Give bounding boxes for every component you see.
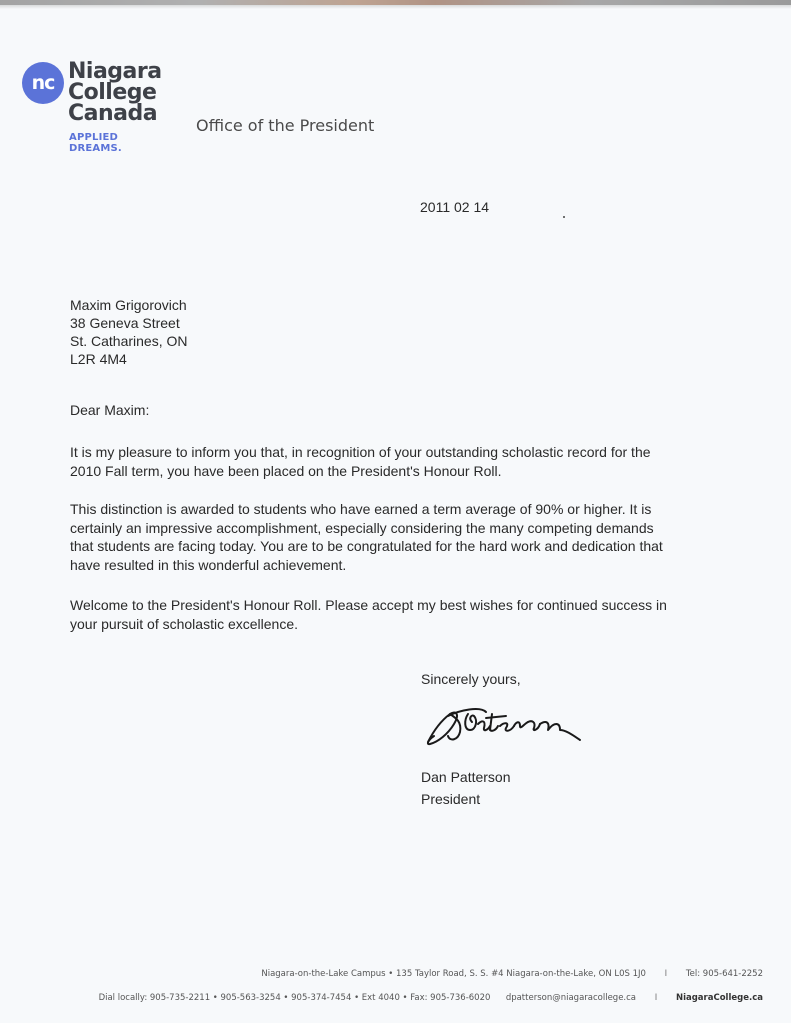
nc-logo-icon: nc — [22, 62, 64, 104]
footer-separator: I — [665, 969, 668, 979]
signer-block: Dan Patterson President — [421, 766, 511, 810]
closing: Sincerely yours, — [421, 671, 521, 687]
signer-name: Dan Patterson — [421, 766, 511, 788]
signature-icon — [420, 700, 600, 755]
campus-address: Niagara-on-the-Lake Campus • 135 Taylor … — [261, 969, 646, 979]
college-logo: nc Niagara College Canada APPLIED DREAMS… — [22, 58, 172, 158]
signer-title: President — [421, 788, 511, 810]
logo-word-college: College — [68, 83, 156, 103]
body-paragraph: This distinction is awarded to students … — [70, 500, 670, 574]
logo-tagline: APPLIED DREAMS. — [69, 132, 172, 154]
salutation: Dear Maxim: — [70, 402, 149, 418]
footer-line-2: Dial locally: 905-735-2211 • 905-563-325… — [99, 993, 763, 1003]
recipient-street: 38 Geneva Street — [70, 314, 188, 332]
footer-line-1: Niagara-on-the-Lake Campus • 135 Taylor … — [261, 969, 763, 979]
footer-separator: I — [655, 993, 658, 1003]
scan-edge-shadow — [0, 5, 791, 9]
phone-number: Tel: 905-641-2252 — [686, 969, 763, 979]
letter-date: 2011 02 14 — [420, 199, 489, 215]
office-title: Office of the President — [196, 116, 374, 135]
scan-speck — [563, 216, 565, 218]
website: NiagaraCollege.ca — [676, 993, 763, 1003]
recipient-address: Maxim Grigorovich 38 Geneva Street St. C… — [70, 296, 188, 368]
logo-word-niagara: Niagara — [68, 62, 162, 82]
recipient-city: St. Catharines, ON — [70, 332, 188, 350]
logo-word-canada: Canada — [68, 104, 157, 124]
body-paragraph: Welcome to the President's Honour Roll. … — [70, 596, 670, 633]
recipient-name: Maxim Grigorovich — [70, 296, 188, 314]
body-paragraph: It is my pleasure to inform you that, in… — [70, 443, 670, 480]
local-numbers: Dial locally: 905-735-2211 • 905-563-325… — [99, 993, 491, 1003]
recipient-postal: L2R 4M4 — [70, 350, 188, 368]
email-address: dpatterson@niagaracollege.ca — [506, 993, 636, 1003]
